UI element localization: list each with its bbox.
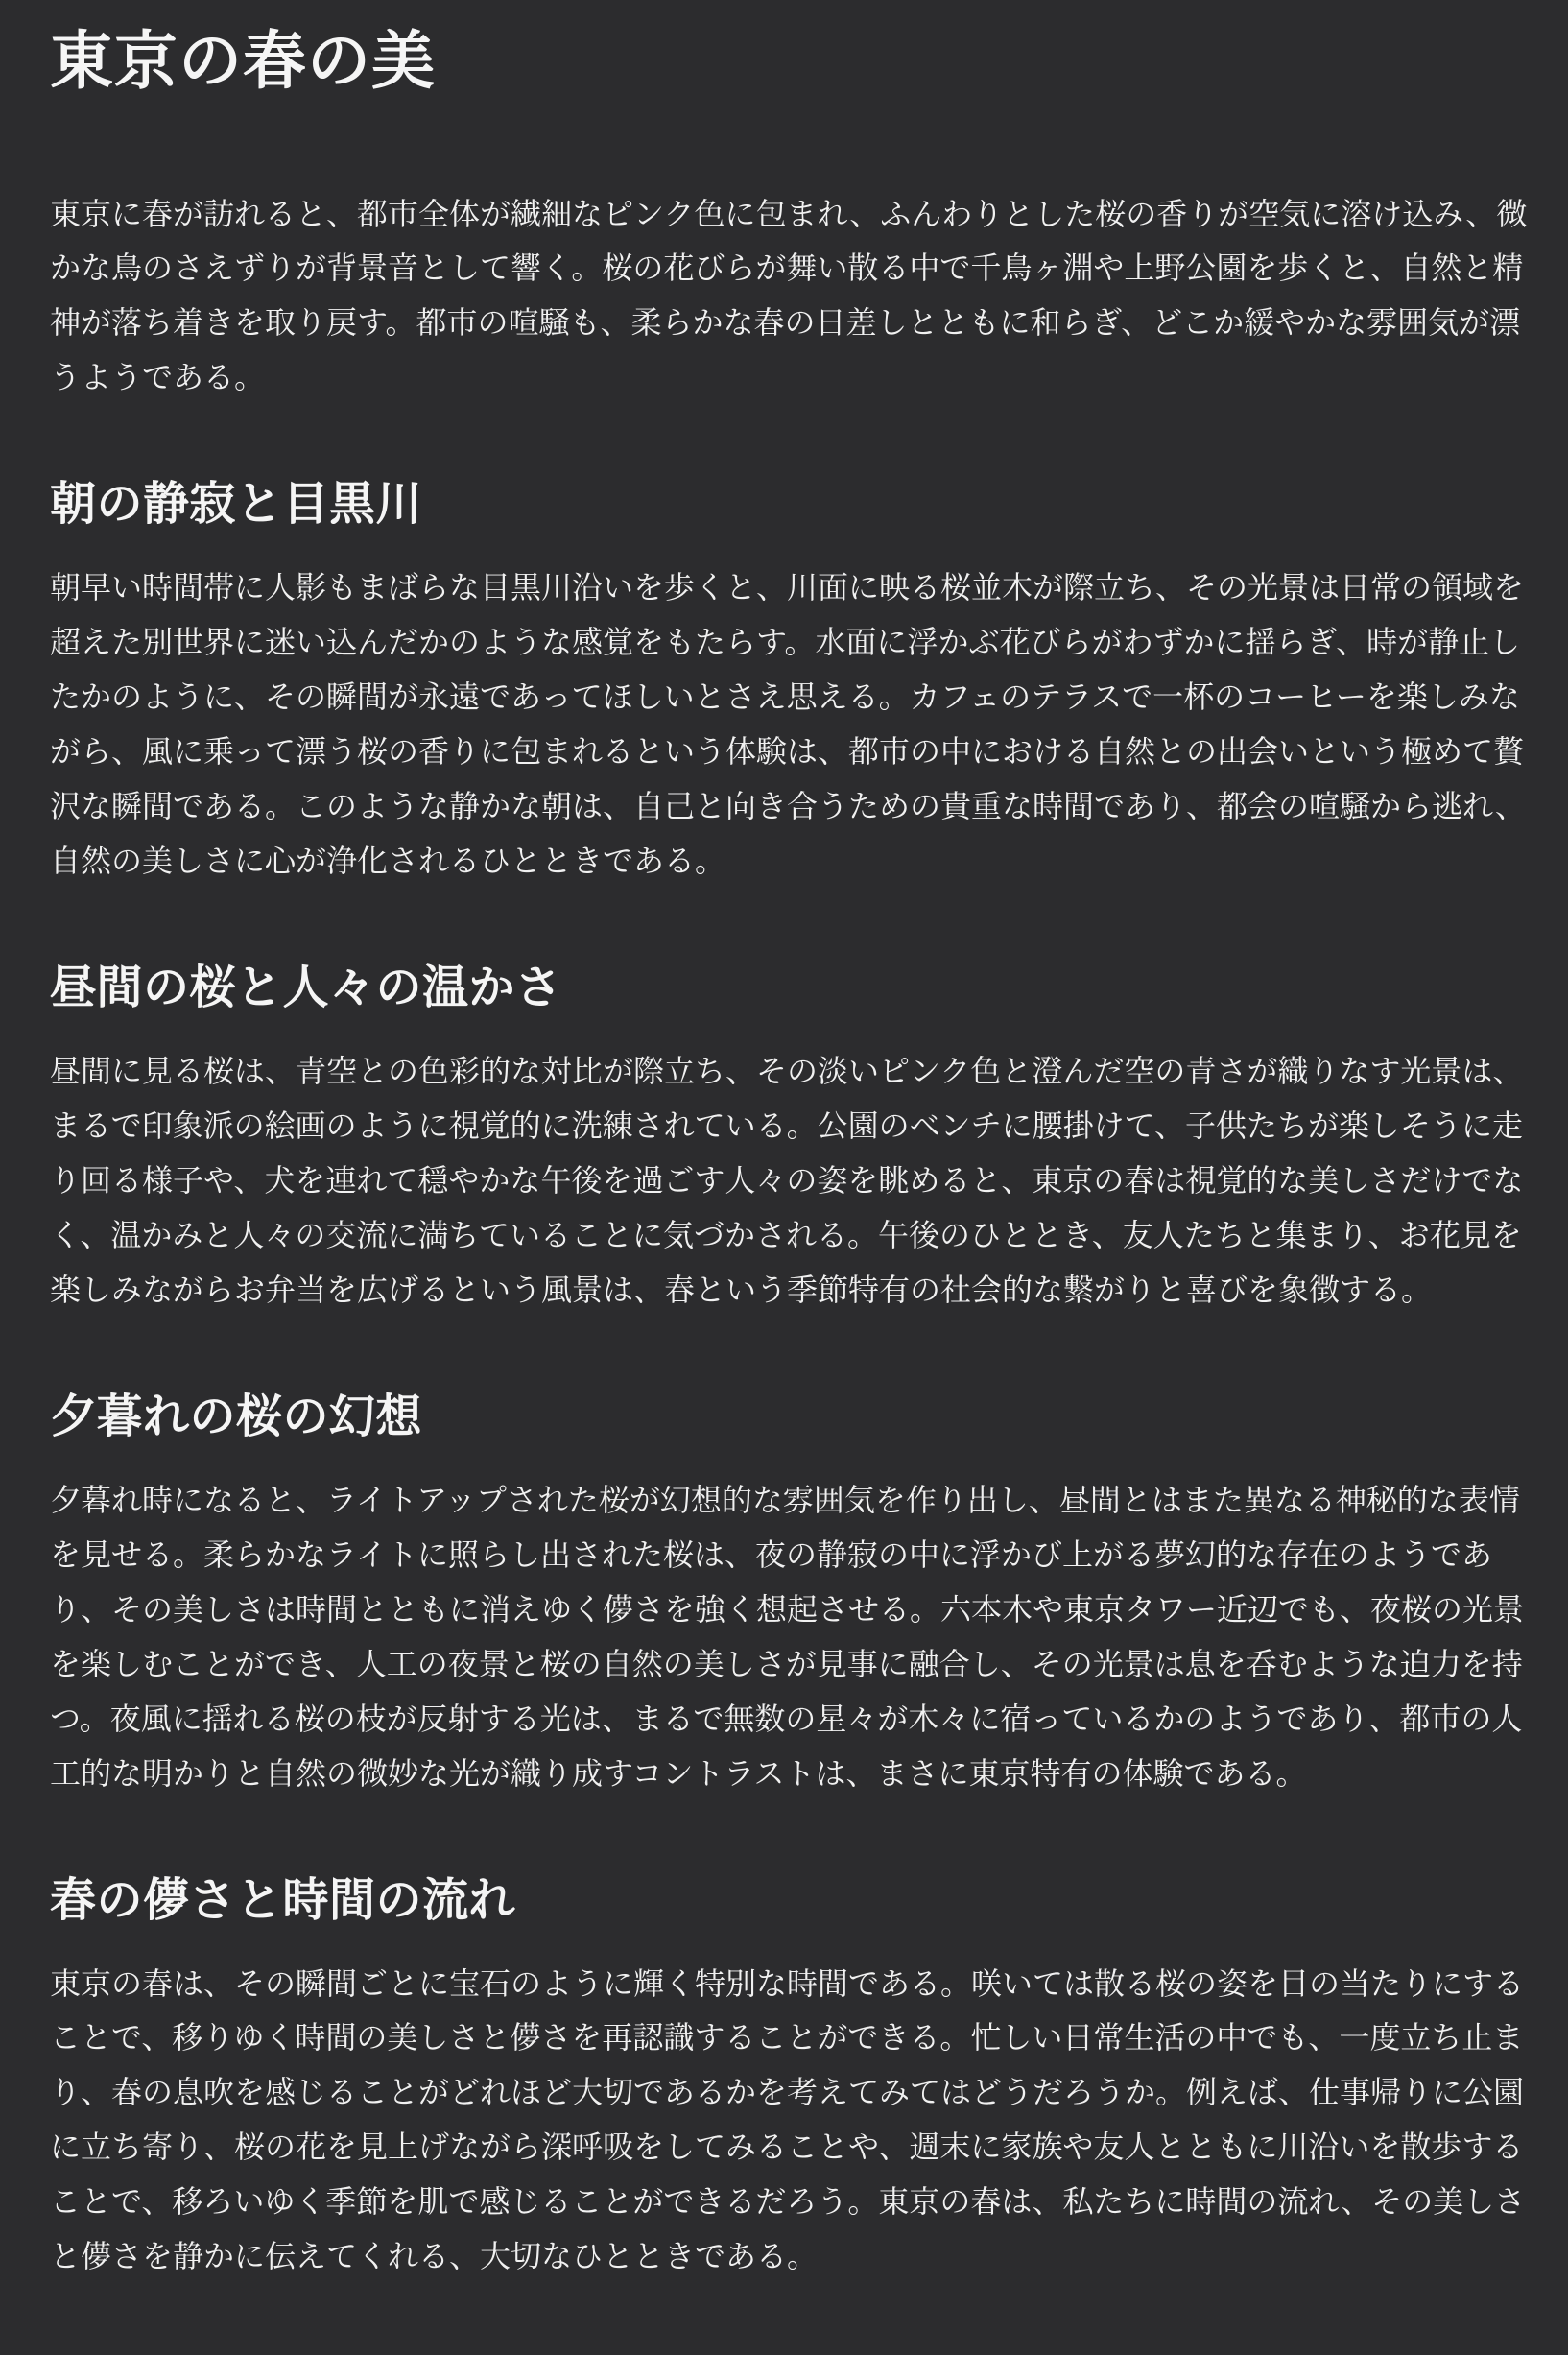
section-dusk: 夕暮れの桜の幻想 夕暮れ時になると、ライトアップされた桜が幻想的な雰囲気を作り出… [50,1389,1530,1801]
section-paragraph-dusk: 夕暮れ時になると、ライトアップされた桜が幻想的な雰囲気を作り出し、昼間とはまた異… [50,1473,1530,1801]
document-page: { "colors": { "background": "#2c2c2e", "… [0,0,1568,2355]
intro-paragraph: 東京に春が訪れると、都市全体が繊細なピンク色に包まれ、ふんわりとした桜の香りが空… [50,187,1530,406]
section-paragraph-morning: 朝早い時間帯に人影もまばらな目黒川沿いを歩くと、川面に映る桜並木が際立ち、その光… [50,560,1530,889]
section-morning: 朝の静寂と目黒川 朝早い時間帯に人影もまばらな目黒川沿いを歩くと、川面に映る桜並… [50,476,1530,889]
section-paragraph-daytime: 昼間に見る桜は、青空との色彩的な対比が際立ち、その淡いピンク色と澄んだ空の青さが… [50,1044,1530,1318]
section-heading-morning: 朝の静寂と目黒川 [50,476,1530,534]
section-heading-daytime: 昼間の桜と人々の温かさ [50,960,1530,1017]
section-daytime: 昼間の桜と人々の温かさ 昼間に見る桜は、青空との色彩的な対比が際立ち、その淡いピ… [50,960,1530,1318]
article: 東京の春の美 東京に春が訪れると、都市全体が繊細なピンク色に包まれ、ふんわりとし… [50,21,1530,2284]
section-transience: 春の儚さと時間の流れ 東京の春は、その瞬間ごとに宝石のように輝く特別な時間である… [50,1872,1530,2285]
page-title: 東京の春の美 [50,21,1530,101]
section-heading-transience: 春の儚さと時間の流れ [50,1872,1530,1930]
section-paragraph-transience: 東京の春は、その瞬間ごとに宝石のように輝く特別な時間である。咲いては散る桜の姿を… [50,1957,1530,2285]
section-heading-dusk: 夕暮れの桜の幻想 [50,1389,1530,1446]
